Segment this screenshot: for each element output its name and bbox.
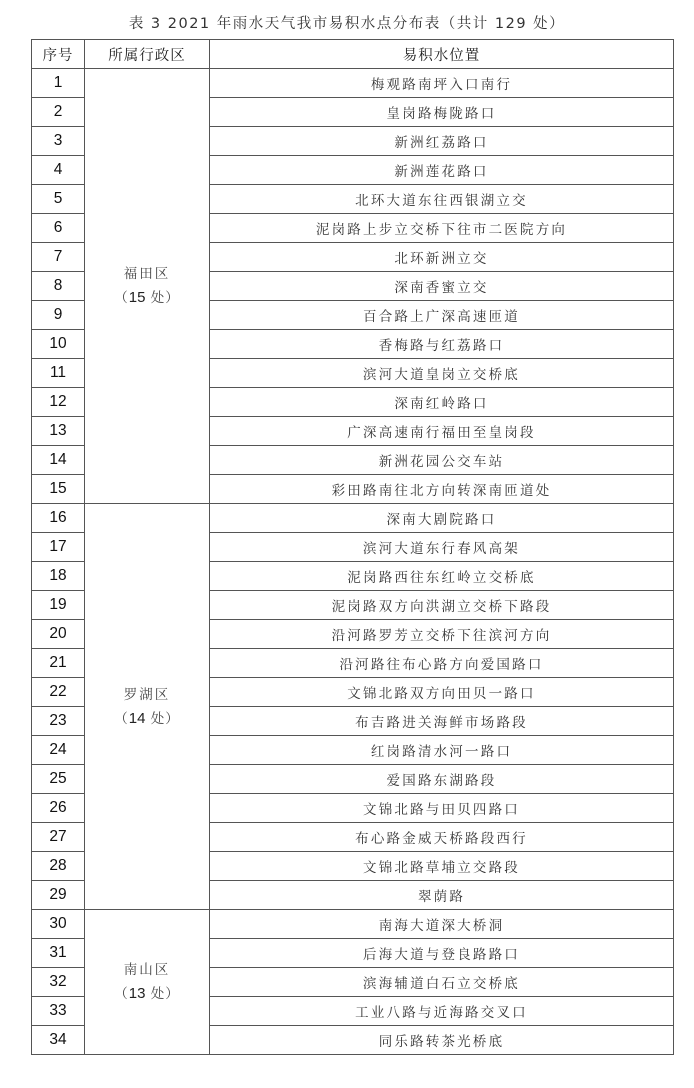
table-title: 表 3 2021 年雨水天气我市易积水点分布表（共计 129 处） <box>0 12 694 33</box>
row-location: 彩田路南往北方向转深南匝道处 <box>210 475 674 504</box>
row-location: 泥岗路上步立交桥下往市二医院方向 <box>210 214 674 243</box>
row-location: 深南红岭路口 <box>210 388 674 417</box>
row-index: 14 <box>32 446 85 475</box>
table-row: 30南山区（13 处）南海大道深大桥洞 <box>32 910 674 939</box>
row-index: 4 <box>32 156 85 185</box>
row-location: 爱国路东湖路段 <box>210 765 674 794</box>
row-location: 新洲花园公交车站 <box>210 446 674 475</box>
row-location: 沿河路罗芳立交桥下往滨河方向 <box>210 620 674 649</box>
row-location: 文锦北路与田贝四路口 <box>210 794 674 823</box>
district-cell: 罗湖区（14 处） <box>85 504 210 910</box>
row-index: 22 <box>32 678 85 707</box>
table-header-row: 序号 所属行政区 易积水位置 <box>32 40 674 69</box>
count-number: 14 <box>129 710 146 727</box>
row-index: 1 <box>32 69 85 98</box>
header-index: 序号 <box>32 40 85 69</box>
row-index: 33 <box>32 997 85 1026</box>
row-index: 17 <box>32 533 85 562</box>
row-index: 31 <box>32 939 85 968</box>
district-cell: 福田区（15 处） <box>85 69 210 504</box>
row-index: 25 <box>32 765 85 794</box>
row-location: 文锦北路草埔立交路段 <box>210 852 674 881</box>
row-index: 28 <box>32 852 85 881</box>
row-index: 6 <box>32 214 85 243</box>
row-index: 34 <box>32 1026 85 1055</box>
row-index: 8 <box>32 272 85 301</box>
row-index: 7 <box>32 243 85 272</box>
row-location: 翠荫路 <box>210 881 674 910</box>
row-location: 布吉路进关海鲜市场路段 <box>210 707 674 736</box>
row-index: 11 <box>32 359 85 388</box>
row-index: 2 <box>32 98 85 127</box>
row-location: 滨河大道皇岗立交桥底 <box>210 359 674 388</box>
row-location: 泥岗路西往东红岭立交桥底 <box>210 562 674 591</box>
row-location: 同乐路转茶光桥底 <box>210 1026 674 1055</box>
count-prefix: （ <box>114 290 129 306</box>
row-location: 红岗路清水河一路口 <box>210 736 674 765</box>
row-location: 深南香蜜立交 <box>210 272 674 301</box>
count-prefix: （ <box>114 986 129 1002</box>
row-index: 21 <box>32 649 85 678</box>
row-location: 梅观路南坪入口南行 <box>210 69 674 98</box>
table-row: 1福田区（15 处）梅观路南坪入口南行 <box>32 69 674 98</box>
row-location: 泥岗路双方向洪湖立交桥下路段 <box>210 591 674 620</box>
waterlogging-table: 序号 所属行政区 易积水位置 1福田区（15 处）梅观路南坪入口南行2皇岗路梅陇… <box>31 39 674 1055</box>
row-location: 南海大道深大桥洞 <box>210 910 674 939</box>
row-index: 10 <box>32 330 85 359</box>
row-index: 16 <box>32 504 85 533</box>
row-location: 北环大道东往西银湖立交 <box>210 185 674 214</box>
row-index: 20 <box>32 620 85 649</box>
row-index: 5 <box>32 185 85 214</box>
header-district: 所属行政区 <box>85 40 210 69</box>
row-index: 29 <box>32 881 85 910</box>
row-location: 皇岗路梅陇路口 <box>210 98 674 127</box>
count-prefix: （ <box>114 711 129 727</box>
row-location: 深南大剧院路口 <box>210 504 674 533</box>
row-location: 滨河大道东行春风高架 <box>210 533 674 562</box>
row-index: 12 <box>32 388 85 417</box>
row-index: 3 <box>32 127 85 156</box>
row-location: 香梅路与红荔路口 <box>210 330 674 359</box>
row-location: 沿河路往布心路方向爱国路口 <box>210 649 674 678</box>
district-cell: 南山区（13 处） <box>85 910 210 1055</box>
row-location: 后海大道与登良路路口 <box>210 939 674 968</box>
row-location: 新洲红荔路口 <box>210 127 674 156</box>
row-index: 9 <box>32 301 85 330</box>
row-index: 18 <box>32 562 85 591</box>
header-location: 易积水位置 <box>210 40 674 69</box>
row-index: 32 <box>32 968 85 997</box>
row-location: 百合路上广深高速匝道 <box>210 301 674 330</box>
row-index: 30 <box>32 910 85 939</box>
row-location: 滨海辅道白石立交桥底 <box>210 968 674 997</box>
row-index: 23 <box>32 707 85 736</box>
count-number: 15 <box>129 289 146 306</box>
table-body: 1福田区（15 处）梅观路南坪入口南行2皇岗路梅陇路口3新洲红荔路口4新洲莲花路… <box>32 69 674 1055</box>
district-name: 罗湖区 <box>85 683 209 707</box>
row-location: 北环新洲立交 <box>210 243 674 272</box>
count-number: 13 <box>129 985 146 1002</box>
row-index: 13 <box>32 417 85 446</box>
count-suffix: 处） <box>145 711 179 727</box>
district-count: （13 处） <box>85 982 209 1006</box>
row-index: 24 <box>32 736 85 765</box>
row-index: 15 <box>32 475 85 504</box>
count-suffix: 处） <box>145 290 179 306</box>
row-location: 文锦北路双方向田贝一路口 <box>210 678 674 707</box>
row-location: 新洲莲花路口 <box>210 156 674 185</box>
row-location: 广深高速南行福田至皇岗段 <box>210 417 674 446</box>
district-name: 南山区 <box>85 958 209 982</box>
row-index: 26 <box>32 794 85 823</box>
district-name: 福田区 <box>85 262 209 286</box>
district-count: （14 处） <box>85 707 209 731</box>
count-suffix: 处） <box>145 986 179 1002</box>
row-location: 工业八路与近海路交叉口 <box>210 997 674 1026</box>
row-index: 27 <box>32 823 85 852</box>
district-count: （15 处） <box>85 286 209 310</box>
row-location: 布心路金威天桥路段西行 <box>210 823 674 852</box>
table-row: 16罗湖区（14 处）深南大剧院路口 <box>32 504 674 533</box>
row-index: 19 <box>32 591 85 620</box>
